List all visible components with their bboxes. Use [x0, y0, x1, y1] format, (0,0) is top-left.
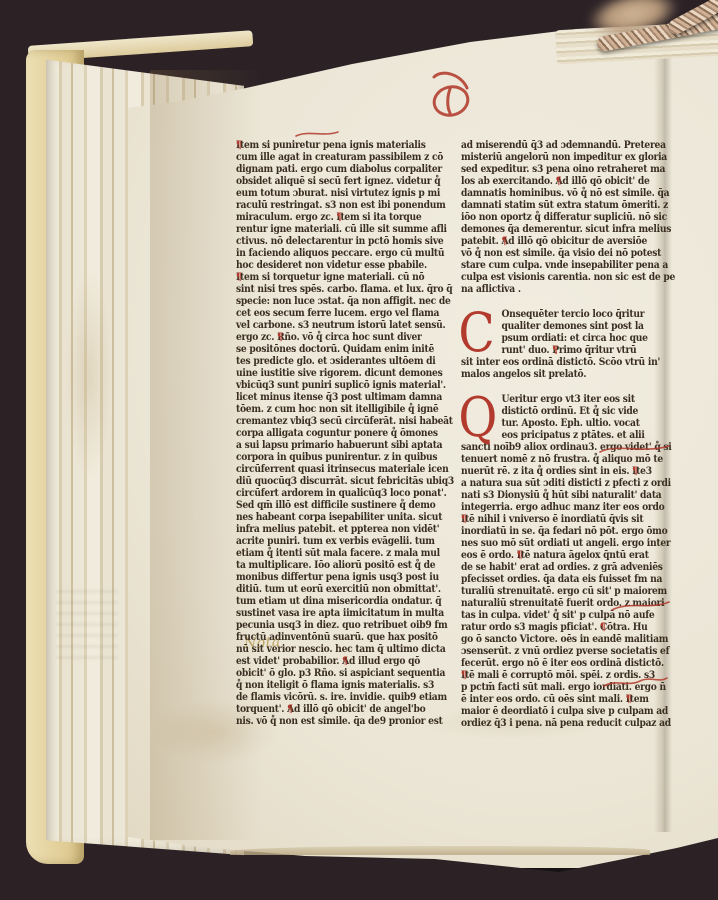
text-block: ad miserendū q̄3 ad ɔdemnandū. Preteream…	[461, 139, 662, 295]
text-line: sint nisi tres spēs. carbo. flama. et lu…	[236, 283, 461, 295]
text-line: ta multiplicare. Iōo aliorū positō est q…	[236, 559, 461, 571]
text-line: obicit' ō glo. p3 Rño. si aspiciant sequ…	[236, 667, 461, 679]
text-line: demones q̄a demerentur. sicut infra meli…	[461, 223, 662, 235]
text-line: damnati statim sūt extra statum ōmeriti.…	[461, 199, 662, 211]
text-line: monibus differtur pena ignis usq3 post i…	[236, 571, 461, 583]
red-penwork-folio-mark-icon	[422, 66, 480, 124]
text-line: ad miserendū q̄3 ad ɔdemnandū. Preterea	[461, 139, 662, 151]
text-line: integerria. ergo adhuc manz iter eos ord…	[461, 501, 662, 513]
pilcrow-mark: ¶	[626, 693, 632, 705]
text-line: nati s3 Dionysiū q̊ hūt sibi naturalit' …	[461, 489, 662, 501]
text-line: ¶Itē nihil i vniverso ē inordiatū q̄vis …	[461, 513, 662, 525]
text-line: go ō sancto Victore. oēs in eandē maliti…	[461, 633, 662, 645]
pilcrow-mark: ¶	[336, 211, 342, 223]
red-flourish	[610, 598, 672, 614]
text-line: rentur igne materiali. cū ille sit summe…	[236, 223, 461, 235]
text-block: COnsequēter tercio loco q̄riturqualiter …	[461, 308, 662, 380]
text-line: est videt' probabilior. ¶Ad illud ergo q…	[236, 655, 461, 667]
pilcrow-mark: ¶	[461, 513, 467, 525]
pilcrow-mark: ¶	[552, 344, 558, 356]
text-line: in faciendo aliquos peccare. ergo cū mul…	[236, 247, 461, 259]
drop-cap-initial: C	[458, 310, 494, 356]
text-line: ɔsenserūt. z vnū ordiez pverse societati…	[461, 645, 662, 657]
text-line: a natura sua sūt ɔditi disticti z pfecti…	[461, 477, 662, 489]
red-flourish	[294, 129, 340, 139]
text-line: nuerūt rē. z ita q̊ ordies sint in eis. …	[461, 465, 662, 477]
red-flourish	[598, 441, 672, 457]
drop-cap-initial: Q	[458, 395, 497, 441]
text-line: ordiez q̄3 i pena. nā pena reducit culpa…	[461, 717, 662, 729]
text-line: sed expeditur. s3 pena oino retraheret m…	[461, 163, 662, 175]
text-line: fructū adinventōnū suarū. que hax positō	[236, 631, 461, 643]
text-line: a sui lapsu primario habuerunt sibi apta…	[236, 439, 461, 451]
pilcrow-mark: ¶	[501, 235, 507, 247]
text-line: pecunia usq3 in diez. quo retribuet oib9…	[236, 619, 461, 631]
text-line: diū quocūq3 discurrāt. sicut febricitās …	[236, 475, 461, 487]
pilcrow-mark: ¶	[461, 669, 467, 681]
text-line: tum etiam ut dina misericordia ondatur. …	[236, 595, 461, 607]
text-line: corpa alligata coguntur ponere q̊ ōmones	[236, 427, 461, 439]
text-line: hoc desideret non videtur esse pbabile.	[236, 259, 461, 271]
text-line: eum totum ɔburat. nisi virtutez ignis p …	[236, 187, 461, 199]
text-line: raculū restringat. s3 non est ibi ponend…	[236, 199, 461, 211]
text-line: miraculum. ergo zc. ¶Item si ita torque	[236, 211, 461, 223]
text-line: infra melius patebit. et ppterea non vid…	[236, 523, 461, 535]
text-line: de se habit' erat ad ordies. z grā adven…	[461, 561, 662, 573]
text-line: uine iustitie sive rigorem. dicunt demon…	[236, 367, 461, 379]
under-leaf-edge	[230, 846, 650, 855]
text-line: nes habeant corpa isepabiliter unita. si…	[236, 511, 461, 523]
text-line: inordiatū in se. q̄a fedari nō pōt. ergo…	[461, 525, 662, 537]
text-line: Sed qm̄ illō est difficile sustinere q̊ …	[236, 499, 461, 511]
pilcrow-mark: ¶	[556, 175, 562, 187]
text-line: sustinet vasa ire apta iimicitatum in mu…	[236, 607, 461, 619]
pilcrow-mark: ¶	[236, 139, 242, 151]
text-line: licet minus itense q̄3 post ultimam damn…	[236, 391, 461, 403]
text-line: torquent'. ¶Ad illō qō obicit' de angel'…	[236, 703, 461, 715]
pilcrow-mark: ¶	[517, 549, 523, 561]
text-line: vbicūq3 sunt puniri suplicō ignis materi…	[236, 379, 461, 391]
photo-open-incunabulum: Nota ¶Item si puniretur pena ignis mater…	[0, 0, 718, 900]
text-line: cet eos secum ferre lucem. ergo vel flam…	[236, 307, 461, 319]
text-line: tes predicte glo. et ɔsiderantes ultōem …	[236, 355, 461, 367]
text-line: iōo non oportz q̊ differatur supliciū. n…	[461, 211, 662, 223]
text-line: obsidet aliquē si secū fert ignez. videt…	[236, 175, 461, 187]
text-line: na aflictiva .	[461, 283, 662, 295]
text-line: fecerūt. ergo nō ē iter eos ordinā disti…	[461, 657, 662, 669]
text-line: eos ē ordo. ¶Itē natura āgelox q̄ntū era…	[461, 549, 662, 561]
text-line: nes suo mō sūt ordiati ut angeli. ergo i…	[461, 537, 662, 549]
text-line: ē inter eos ordo. cū oēs sint mali. ¶Ite…	[461, 693, 662, 705]
text-line: tōem. z cum hoc non sit itelligibile q̊ …	[236, 403, 461, 415]
text-line: patebit. ¶Ad illō qō obicitur de aversiō…	[461, 235, 662, 247]
pilcrow-mark: ¶	[236, 271, 242, 283]
text-line: se positōnes doctorū. Quidam enim initē	[236, 343, 461, 355]
text-line: vel carbone. s3 neutrum istorū latet sen…	[236, 319, 461, 331]
text-line: ¶Item si puniretur pena ignis materialis	[236, 139, 461, 151]
text-line: los ab exercitando. ¶Ad illō qō obicit' …	[461, 175, 662, 187]
text-line: stare cum culpa. vnde insepabiliter pena…	[461, 259, 662, 271]
text-line: nū sit verior nescio. hec tam q̄ ultimo …	[236, 643, 461, 655]
show-through-text	[56, 590, 118, 662]
text-line: culpa est visionis carentia. non sic est…	[461, 271, 662, 283]
text-line: turaliū strenuitatē. ergo cū sit' p maio…	[461, 585, 662, 597]
text-line: malos angelos sit prelatō.	[461, 368, 662, 380]
text-line: specie: non luce ɔstat. q̄a non affigit.…	[236, 295, 461, 307]
text-column-left: ¶Item si puniretur pena ignis materialis…	[236, 139, 461, 740]
text-line: damnatis hominibus. vō q̊ nō est simile.…	[461, 187, 662, 199]
red-flourish	[602, 673, 670, 691]
text-line: pfecisset ordies. q̄a data eis fuisset f…	[461, 573, 662, 585]
text-line: de flamis vicōrū. s. ire. invidie. quib9…	[236, 691, 461, 703]
foxing-stain	[66, 270, 112, 480]
text-line: ¶Item si torquetur igne materiali. cū nō	[236, 271, 461, 283]
text-line: ratur ordo s3 magis pficiat'. ¶Cōtra. Hu	[461, 621, 662, 633]
text-line: etiam q̊ itenti sūt mala facere. z mala …	[236, 547, 461, 559]
text-block: ¶Item si puniretur pena ignis materialis…	[236, 139, 461, 727]
text-line: cremantez vbiq3 secū circūferāt. nisi ha…	[236, 415, 461, 427]
text-line: q̊ non iteligit ō flama ignis materialis…	[236, 679, 461, 691]
pilcrow-mark: ¶	[287, 703, 293, 715]
pilcrow-mark: ¶	[632, 465, 638, 477]
text-line: cum ille agat in creaturam passibilem z …	[236, 151, 461, 163]
text-line: circūferrent quasi itrinsecus materiale …	[236, 463, 461, 475]
pilcrow-mark: ¶	[600, 621, 606, 633]
text-line: ctivus. nō delectarentur in pctō homis s…	[236, 235, 461, 247]
pilcrow-mark: ¶	[342, 655, 348, 667]
text-line: corpora in quibus punirentur. z in quibu…	[236, 451, 461, 463]
text-line: ergo zc. ¶Rño. vō q̊ circa hoc sunt dive…	[236, 331, 461, 343]
text-line: ditiū. tum ut eorū exercitiū non obmitta…	[236, 583, 461, 595]
text-line: misteriū angelorū non impeditur ex glori…	[461, 151, 662, 163]
pilcrow-mark: ¶	[277, 331, 283, 343]
text-line: nis. vō q̊ non est simile. q̄a de9 proni…	[236, 715, 461, 727]
text-line: vō q̊ non est simile. q̄a visio dei nō p…	[461, 247, 662, 259]
text-line: acrite puniri. tum ex verbis evāgelii. t…	[236, 535, 461, 547]
text-line: circūfert ardorem in qualicūq3 loco pona…	[236, 487, 461, 499]
text-line: maior ē deordiatō i culpa sive p culpam …	[461, 705, 662, 717]
text-line: dignam pati. ergo cum diabolus corpalite…	[236, 163, 461, 175]
